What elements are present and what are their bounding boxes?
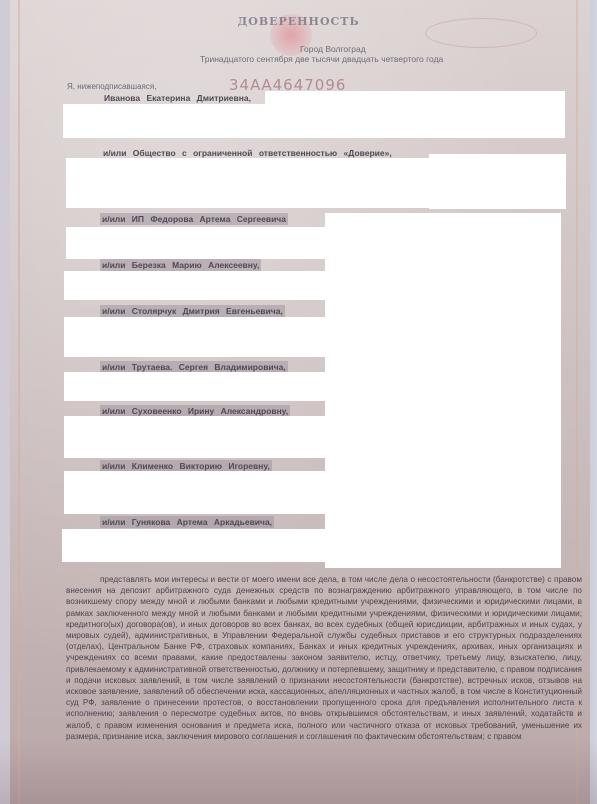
representative-3: и/или Березка Марию Алексеевну, [100, 259, 261, 271]
lead-in-text: Я, нижеподписавшаяся, [67, 82, 156, 91]
redaction-block [64, 471, 334, 514]
redaction-block [66, 158, 566, 208]
document-date: Тринадцатого сентября две тысячи двадцат… [200, 54, 443, 64]
redaction-block [64, 372, 334, 401]
redaction-block [325, 213, 561, 568]
redaction-block [64, 317, 334, 357]
representative-2: и/или ИП Федорова Артема Сергеевича [100, 213, 288, 225]
redaction-block [63, 104, 565, 138]
representative-8: и/или Гунякова Артема Аркадьевича, [100, 516, 274, 528]
document-city: Город Волгоград [300, 44, 366, 54]
document-title: ДОВЕРЕННОСТЬ [0, 15, 597, 28]
representative-4: и/или Столярчук Дмитрия Евгеньевича, [100, 305, 285, 317]
powers-body-text: представлять мои интересы и вести от мое… [66, 574, 582, 742]
redaction-block [66, 227, 336, 259]
redaction-block [64, 416, 334, 458]
redaction-block [64, 271, 334, 300]
representative-1: и/или Общество с ограниченной ответствен… [103, 148, 392, 158]
principal-name: Иванова Екатерина Дмитриевна, [104, 93, 251, 103]
redaction-block [62, 529, 332, 562]
